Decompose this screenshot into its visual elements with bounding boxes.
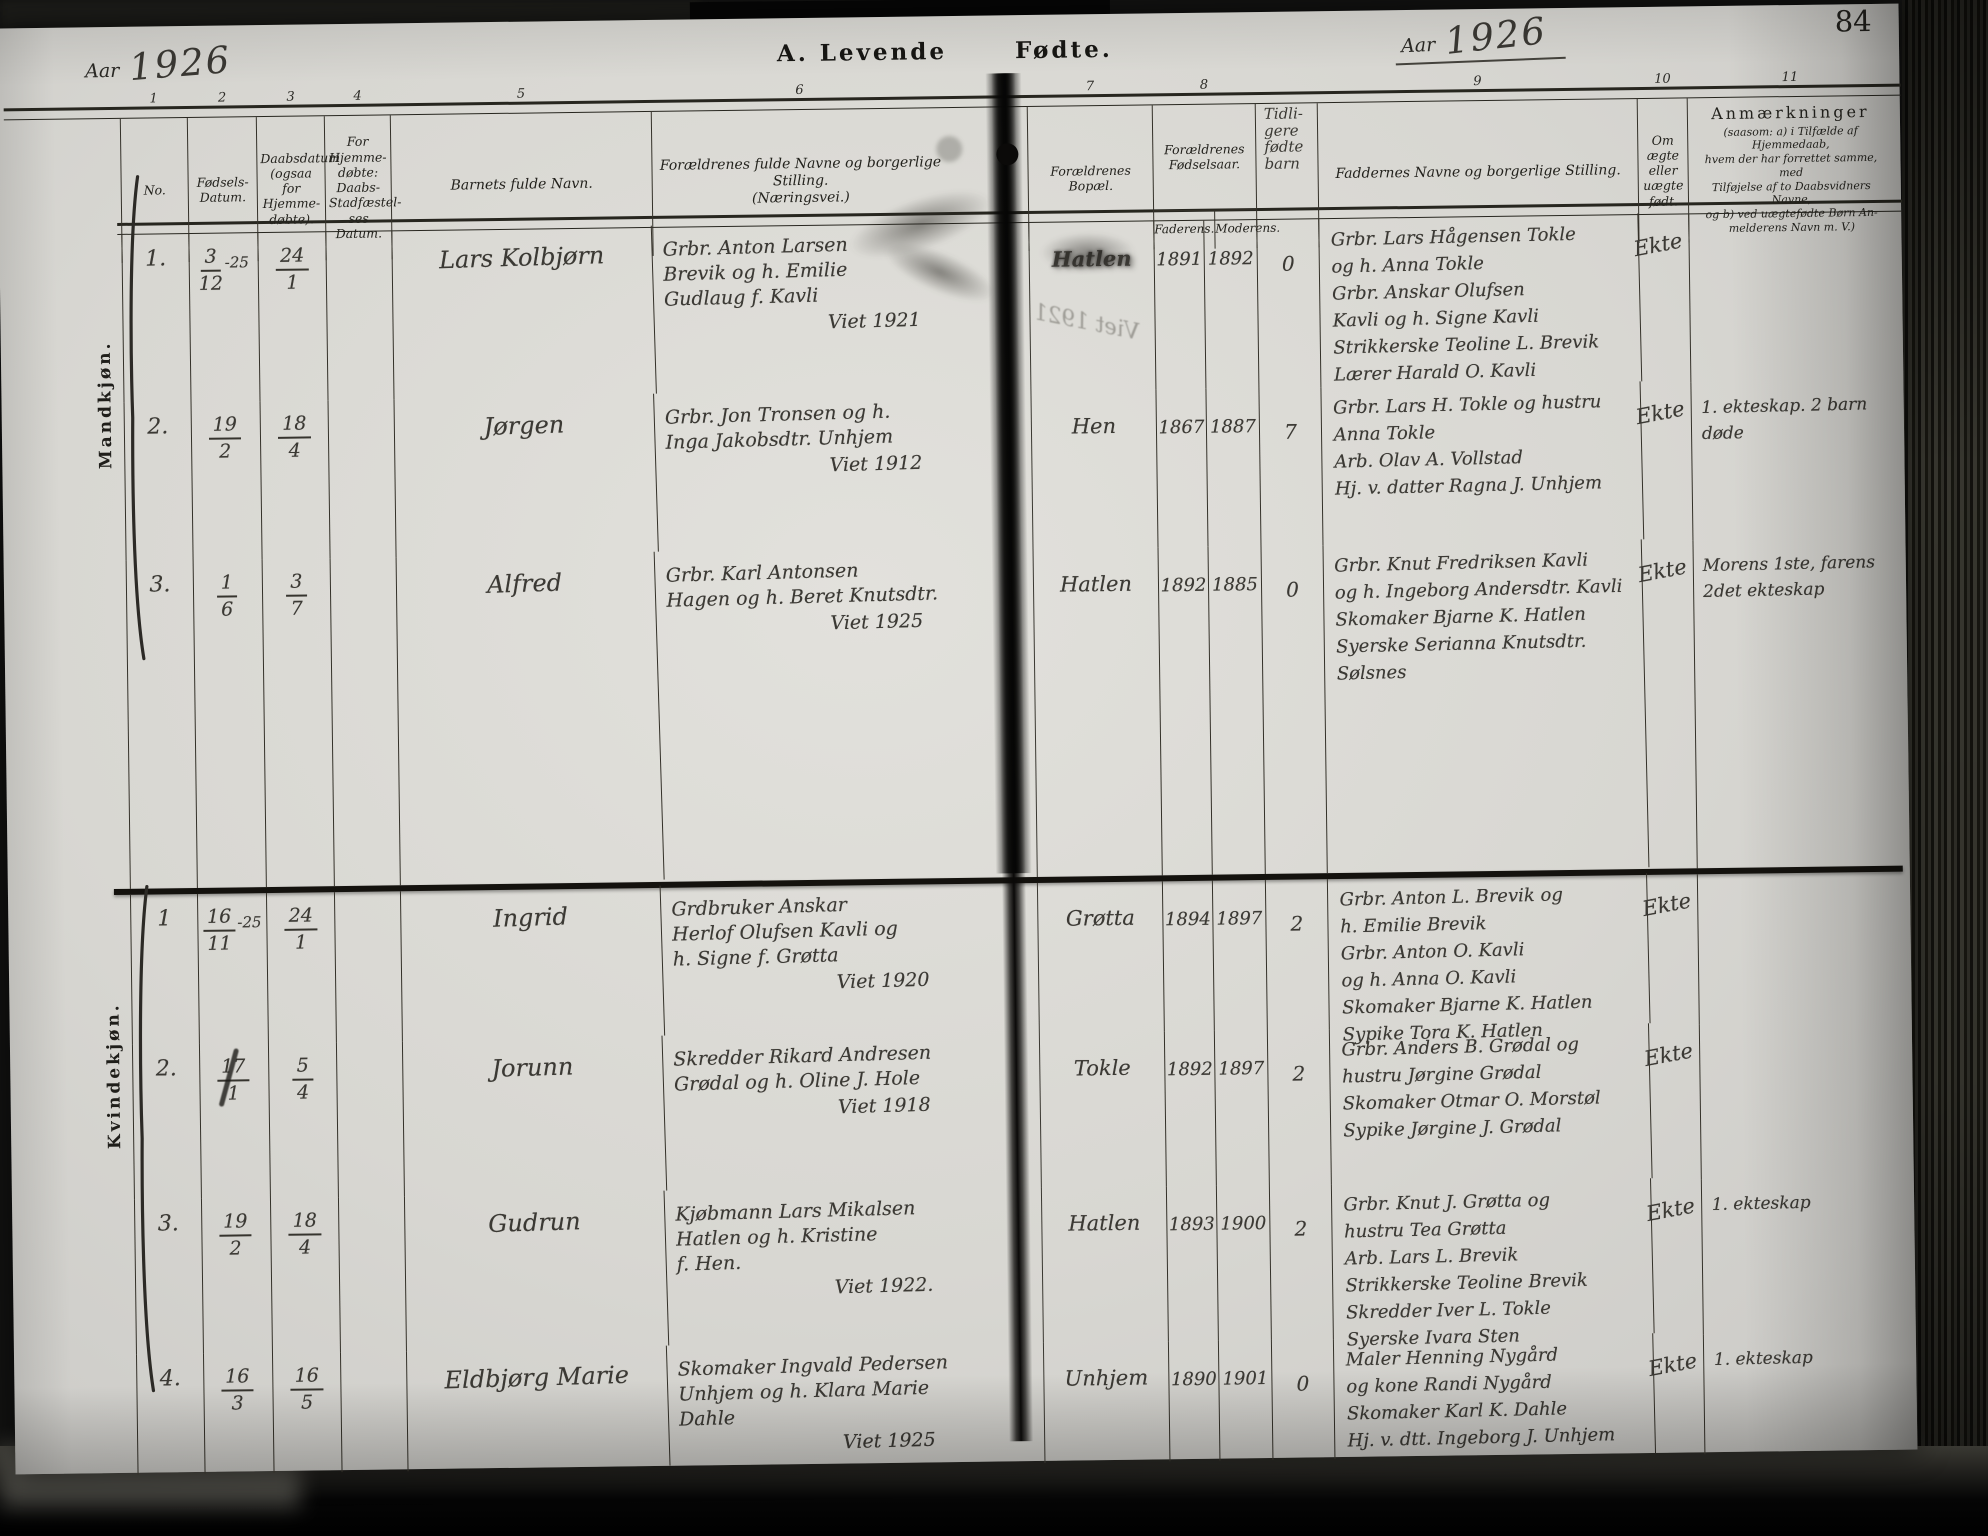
aar-label: Aar [1401, 34, 1436, 57]
parents-names: Skomaker Ingvald Pedersen Unhjem og h. K… [667, 1342, 966, 1470]
remarks [1699, 1021, 1907, 1180]
birth-date: 192 [202, 1198, 273, 1354]
section-male: 1. 312-25 241 Lars Kolbjørn Grbr. Anton … [121, 212, 1902, 889]
marriage-year: Viet 1920 [673, 967, 956, 1000]
mother-birth-year: 1897 [1213, 880, 1268, 1031]
father-birth-year: 1893 [1167, 1186, 1219, 1342]
child-name: Jørgen [393, 394, 659, 560]
fold-gap [954, 549, 1038, 878]
section-label-male: Mandkjøn. [94, 319, 116, 469]
section-label-female: Kvindekjøn. [103, 979, 125, 1149]
remarks [1697, 871, 1905, 1025]
previous-children-count: 7 [1259, 387, 1323, 546]
mother-birth-year: 1900 [1217, 1185, 1272, 1341]
godparents-names: Grbr. Lars H. Tokle og hustru Anna Tokle… [1321, 381, 1645, 546]
year-left: Aar1926 [85, 41, 232, 86]
fold-gap [962, 1188, 1044, 1344]
parish-register-scan: Aar1926 A. Levende Fødte. Aar1926 84 1 2… [0, 0, 1988, 1536]
fold-gap [960, 1033, 1042, 1189]
remarks: 1. ekteskap [1701, 1176, 1909, 1335]
col-num: 2 [187, 90, 256, 106]
child-name: Jorunn [402, 1036, 668, 1199]
legitimacy-status: Ekte [1639, 214, 1691, 383]
parents-residence: Hen [1031, 389, 1158, 549]
birth-date: 192 [192, 401, 263, 560]
father-birth-year: 1867 [1156, 389, 1208, 548]
godparents-names: Grbr. Knut J. Grøtta og hustru Tea Grøtt… [1331, 1178, 1655, 1340]
baptism-date: 241 [267, 892, 337, 1043]
legitimacy-status: Ekte [1641, 382, 1693, 541]
fold-gap [958, 883, 1040, 1034]
aar-label: Aar [85, 60, 119, 82]
home-baptism-confirmation [337, 1041, 405, 1197]
col-num: 4 [324, 88, 390, 104]
fold-gap [949, 223, 1031, 392]
father-birth-year: 1891 [1154, 221, 1206, 390]
col-num: 8 [1152, 77, 1255, 93]
baptism-date: 184 [261, 400, 331, 559]
previous-children-count: 0 [1272, 1339, 1336, 1460]
marriage-year: Viet 1912 [666, 450, 949, 483]
birth-date: 16 [194, 559, 267, 888]
home-baptism-confirmation [326, 231, 394, 400]
godparents-names: Grbr. Anton L. Brevik og h. Emilie Brevi… [1327, 873, 1650, 1030]
child-name: Eldbjørg Marie [406, 1346, 671, 1474]
mother-birth-year: 1887 [1206, 388, 1261, 547]
ledger-page: Aar1926 A. Levende Fødte. Aar1926 84 1 2… [0, 4, 1917, 1475]
year-right: Aar1926 [1394, 12, 1566, 66]
marriage-year: Viet 1918 [674, 1092, 957, 1125]
col-num: 11 [1687, 69, 1892, 87]
marriage-year: Viet 1925 [679, 1427, 962, 1460]
ink-dot-icon [996, 143, 1018, 165]
section-female: 1 1611-25 241 Ingrid Grdbruker Anskar He… [130, 872, 1910, 1475]
col-num: 3 [256, 89, 324, 105]
godparents-names: Grbr. Knut Fredriksen Kavli og h. Ingebo… [1322, 539, 1650, 874]
child-name: Gudrun [404, 1191, 670, 1354]
mother-birth-year: 1885 [1209, 546, 1266, 875]
parents-names: Kjøbmann Lars Mikalsen Hatlen og h. Kris… [665, 1187, 965, 1350]
header-remarks-title: Anmærkninger [1691, 102, 1890, 124]
baptism-date: 54 [269, 1042, 339, 1198]
page-title-left: A. Levende [637, 38, 947, 69]
legitimacy-status: Ekte [1643, 540, 1697, 869]
birth-date: 171 [200, 1043, 271, 1199]
previous-children-count: 2 [1268, 1029, 1332, 1185]
mother-birth-year: 1892 [1204, 220, 1259, 389]
previous-children-count: 2 [1270, 1184, 1334, 1340]
parents-names: Skredder Rikard Andresen Grødal og h. Ol… [663, 1032, 963, 1195]
remarks: 1. ekteskap [1703, 1331, 1911, 1455]
father-birth-year: 1892 [1159, 547, 1213, 876]
legitimacy-status: Ekte [1650, 1024, 1702, 1180]
birth-date: 163 [204, 1353, 275, 1474]
baptism-date: 241 [258, 232, 328, 401]
legitimacy-status: Ekte [1652, 1179, 1704, 1335]
parents-names: Grbr. Jon Tronsen og h. Inga Jakobsdtr. … [654, 390, 954, 556]
parents-residence: Tokle [1040, 1031, 1167, 1188]
father-birth-year: 1894 [1163, 881, 1215, 1032]
fold-gap [951, 391, 1033, 550]
parents-residence: Hatlen [1042, 1186, 1169, 1343]
legitimacy-status: Ekte [1648, 874, 1700, 1025]
parents-residence: Unhjem [1044, 1341, 1171, 1463]
previous-children-count: 0 [1257, 219, 1321, 388]
parents-residence: Hatlen [1034, 547, 1163, 877]
year-value: 1926 [128, 38, 233, 89]
parents-names: Grdbruker Anskar Herlof Olufsen Kavli og… [661, 882, 961, 1040]
remarks: 1. ekteskap. 2 barn døde [1691, 379, 1899, 541]
birth-date: 312-25 [189, 233, 260, 402]
parents-residence: Grøtta [1038, 881, 1165, 1033]
home-baptism-confirmation [331, 557, 401, 886]
baptism-date: 184 [271, 1197, 341, 1353]
marriage-year: Viet 1922. [677, 1272, 960, 1305]
header-birth-years-title: Forældrenes Fødselsaar. [1153, 104, 1256, 210]
remarks [1688, 211, 1897, 383]
register-table: 1 2 3 4 5 6 7 8 9 10 11 No. Fødsels- Dat… [119, 60, 1910, 1475]
mother-birth-year: 1897 [1215, 1030, 1270, 1186]
marriage-year: Viet 1925 [667, 608, 950, 641]
previous-children-count: 0 [1261, 545, 1327, 874]
parents-names: Grbr. Karl Antonsen Hagen og h. Beret Kn… [655, 548, 960, 884]
parents-names: Grbr. Anton Larsen Brevik og h. Emilie G… [652, 222, 952, 398]
previous-children-count: 2 [1266, 879, 1330, 1030]
father-birth-year: 1892 [1165, 1031, 1217, 1187]
col-num: 7 [1027, 78, 1152, 95]
year-value: 1926 [1443, 9, 1549, 63]
child-name: Lars Kolbjørn [391, 226, 657, 402]
page-title-right: Fødte. [1015, 36, 1113, 64]
child-name: Ingrid [400, 886, 665, 1044]
col-num: 10 [1637, 71, 1687, 87]
remarks: Morens 1ste, farens 2det ekteskap [1692, 537, 1904, 869]
home-baptism-confirmation [335, 891, 403, 1042]
marriage-year: Viet 1921 [664, 307, 947, 340]
home-baptism-confirmation [339, 1196, 407, 1352]
col-num: 1 [119, 91, 187, 107]
godparents-names: Maler Henning Nygård og kone Randi Nygår… [1333, 1333, 1656, 1461]
home-baptism-confirmation [341, 1351, 409, 1472]
home-baptism-confirmation [329, 399, 397, 558]
fold-gap [964, 1343, 1046, 1464]
legitimacy-status: Ekte [1654, 1334, 1706, 1455]
godparents-names: Grbr. Anders B. Grødal og hustru Jørgine… [1329, 1023, 1653, 1185]
birth-date: 1611-25 [198, 893, 269, 1044]
godparents-names: Grbr. Lars Hågensen Tokle og h. Anna Tok… [1318, 213, 1642, 388]
mother-birth-year: 1901 [1219, 1340, 1274, 1461]
page-number: 84 [1834, 4, 1871, 38]
father-birth-year: 1890 [1169, 1341, 1221, 1462]
baptism-date: 37 [263, 558, 335, 887]
baptism-date: 165 [273, 1352, 343, 1473]
child-name: Alfred [394, 552, 665, 888]
